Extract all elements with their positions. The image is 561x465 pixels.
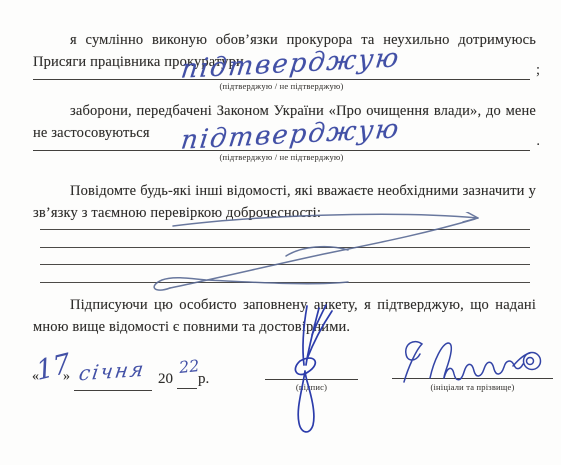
year-fill-rule xyxy=(177,388,197,389)
additional-info-line-2: зв’язку з таємною перевіркою доброчеснос… xyxy=(33,202,536,224)
confirmation-line-1: Підписуючи цю особисто заповнену анкету,… xyxy=(33,294,536,316)
scanned-form-page: я сумлінно виконую обов’язки прокурора т… xyxy=(0,0,561,465)
statement-1-line-1: я сумлінно виконую обов’язки прокурора т… xyxy=(33,29,536,51)
answer-line-2: підтверджую . (підтверджую / не підтверд… xyxy=(33,150,530,162)
confirmation-line-2: мною вище відомості є повними та достові… xyxy=(33,316,536,338)
date-close-quote: » xyxy=(63,369,70,385)
statement-2-line-1: заборони, передбачені Законом України «П… xyxy=(33,100,536,122)
signature-caption: (підпис) xyxy=(265,382,358,392)
additional-info-prompt: Повідомте будь-які інші відомості, які в… xyxy=(33,180,536,224)
additional-info-line-1: Повідомте будь-які інші відомості, які в… xyxy=(33,180,536,202)
year-prefix: 20 xyxy=(158,371,173,388)
year-suffix: р. xyxy=(198,371,209,388)
name-caption: (ініціали та прізвище) xyxy=(392,382,553,392)
blank-ruled-line-4 xyxy=(40,282,530,283)
month-fill-rule xyxy=(74,390,152,391)
answer-1-end-punctuation: ; xyxy=(536,62,540,79)
handwritten-year: 22 xyxy=(178,356,200,377)
answer-line-1: підтверджую ; (підтверджую / не підтверд… xyxy=(33,79,530,91)
name-rule xyxy=(392,378,553,379)
signature-rule xyxy=(265,379,358,380)
confirmation-paragraph: Підписуючи цю особисто заповнену анкету,… xyxy=(33,294,536,338)
handwritten-month: січня xyxy=(77,357,147,386)
blank-ruled-line-2 xyxy=(40,247,530,248)
blank-ruled-line-3 xyxy=(40,264,530,265)
answer-2-end-punctuation: . xyxy=(536,133,540,150)
answer-2-caption: (підтверджую / не підтверджую) xyxy=(33,152,530,162)
blank-ruled-line-1 xyxy=(40,229,530,230)
answer-1-caption: (підтверджую / не підтверджую) xyxy=(33,81,530,91)
